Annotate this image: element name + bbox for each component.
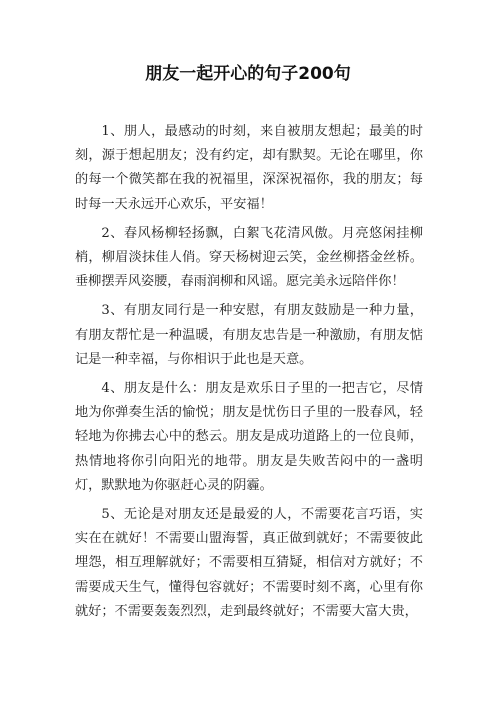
paragraph-2: 2、春风杨柳轻扬飘，白絮飞花清风傲。月亮悠闲挂柳梢，柳眉淡抹佳人俏。穿天杨树迎云…	[75, 222, 423, 295]
document-page: 朋友一起开心的句子200句 1、朋人，最感动的时刻，来自被朋友想起；最美的时刻，…	[0, 0, 496, 702]
paragraph-1: 1、朋人，最感动的时刻，来自被朋友想起；最美的时刻，源于想起朋友；没有约定，却有…	[75, 120, 423, 217]
paragraph-3: 3、有朋友同行是一种安慰，有朋友鼓励是一种力量，有朋友帮忙是一种温暖，有朋友忠告…	[75, 299, 423, 372]
paragraph-4: 4、朋友是什么：朋友是欢乐日子里的一把吉它，尽情地为你弹奏生活的愉悦；朋友是忧伤…	[75, 377, 423, 498]
paragraph-5: 5、无论是对朋友还是最爱的人，不需要花言巧语，实实在在就好！不需要山盟海誓，真正…	[75, 503, 423, 624]
document-title: 朋友一起开心的句子200句	[0, 62, 496, 86]
document-body: 1、朋人，最感动的时刻，来自被朋友想起；最美的时刻，源于想起朋友；没有约定，却有…	[75, 120, 423, 629]
